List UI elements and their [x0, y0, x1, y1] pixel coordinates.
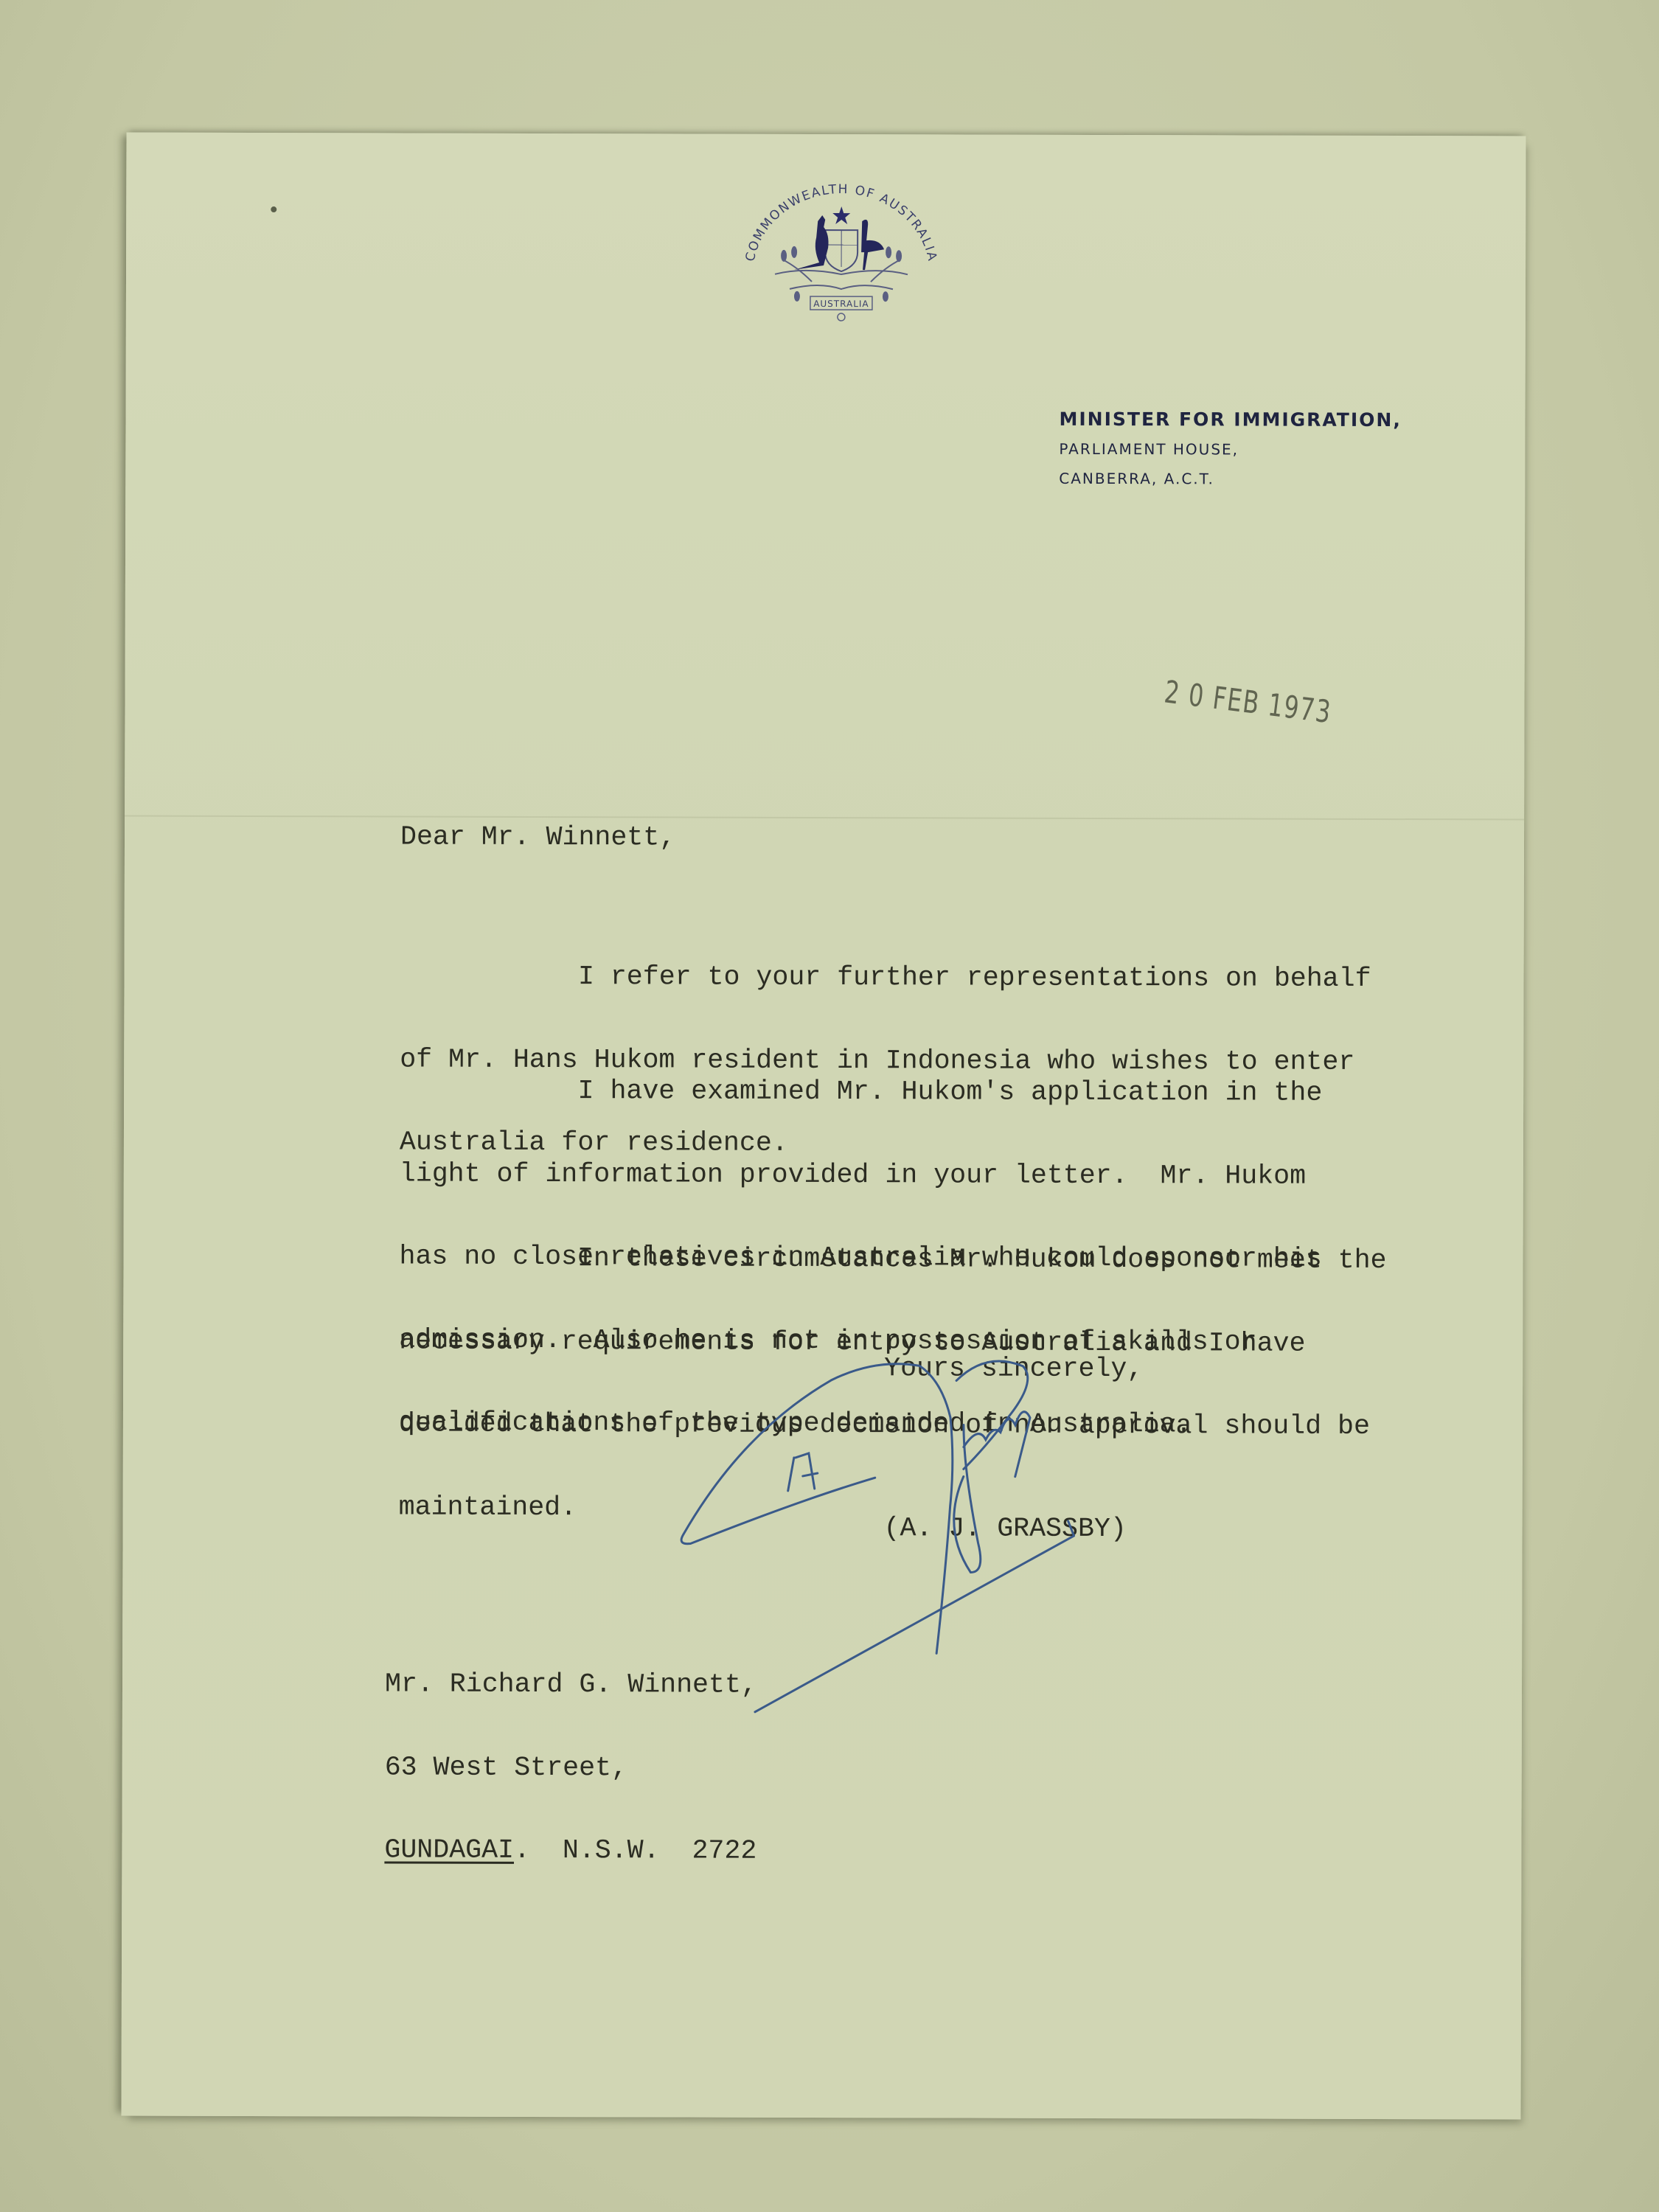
letterhead-address-line-1: PARLIAMENT HOUSE, [1059, 434, 1401, 465]
closing: Yours sincerely, [884, 1354, 1143, 1382]
fold-line [125, 815, 1524, 821]
paragraph-line: decided that the previous decision of no… [399, 1410, 1386, 1440]
recipient-town-line: GUNDAGAI. N.S.W. 2722 [384, 1836, 757, 1865]
paragraph-line: I refer to your further representations … [400, 962, 1371, 992]
ink-speck [271, 206, 276, 212]
coat-of-arms: COMMONWEALTH OF AUSTRALIA [731, 178, 953, 327]
recipient-address: Mr. Richard G. Winnett, 63 West Street, … [384, 1615, 757, 1920]
paragraph-line: In these circumstances Mr. Hukom does no… [399, 1244, 1386, 1274]
salutation: Dear Mr. Winnett, [400, 823, 675, 851]
recipient-state-postcode: . N.S.W. 2722 [514, 1835, 757, 1866]
paragraph-line: light of information provided in your le… [400, 1160, 1322, 1190]
paragraph-line: I have examined Mr. Hukom's application … [400, 1077, 1322, 1107]
recipient-name: Mr. Richard G. Winnett, [385, 1670, 757, 1699]
crest-icon: COMMONWEALTH OF AUSTRALIA [731, 178, 953, 327]
letter-page: COMMONWEALTH OF AUSTRALIA [121, 133, 1526, 2120]
letterhead-address-line-2: CANBERRA, A.C.T. [1059, 464, 1401, 494]
letterhead: MINISTER FOR IMMIGRATION, PARLIAMENT HOU… [1059, 405, 1402, 494]
date-stamp: 2 0 FEB 1973 [1162, 673, 1333, 730]
crest-scroll-text: AUSTRALIA [813, 299, 869, 309]
recipient-street: 63 West Street, [385, 1753, 757, 1782]
recipient-town: GUNDAGAI [384, 1834, 514, 1865]
letterhead-title: MINISTER FOR IMMIGRATION, [1059, 405, 1401, 435]
signatory-name: (A. J. GRASSBY) [884, 1514, 1127, 1543]
